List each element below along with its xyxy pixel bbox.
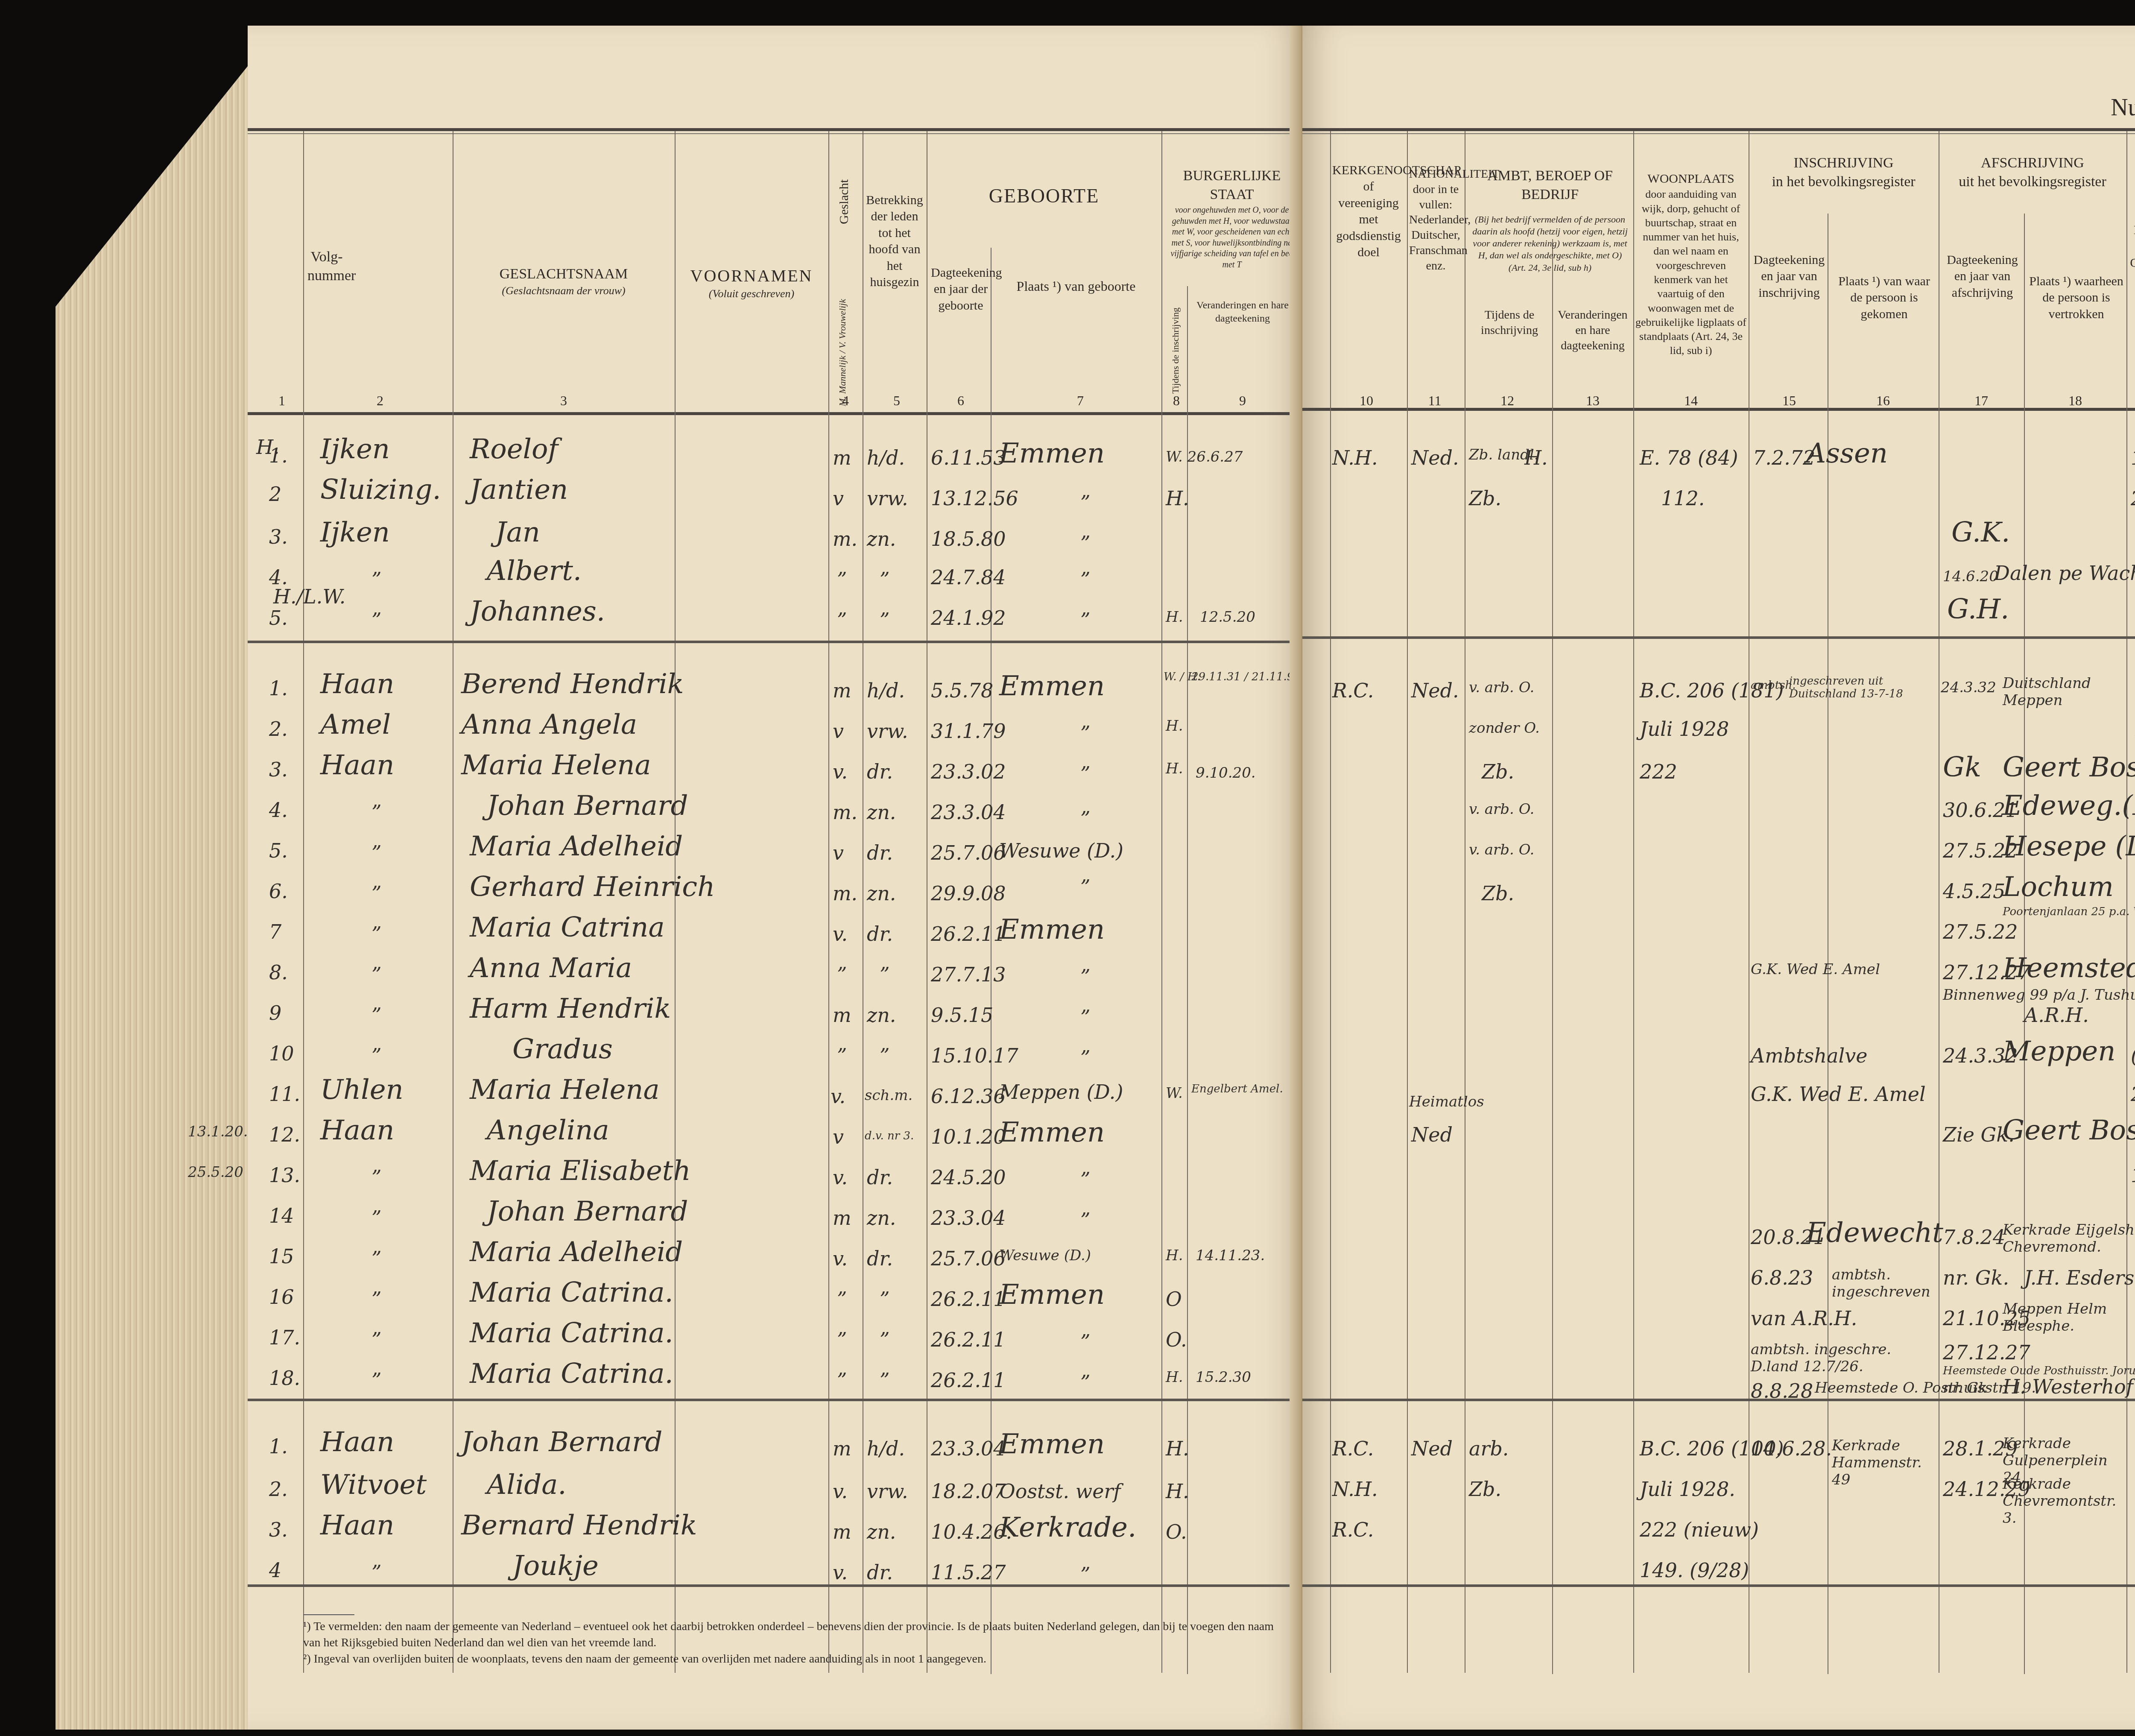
birth-date: 18.5.80 (931, 527, 1006, 550)
civil-status: O. (1166, 1520, 1187, 1543)
birth-place: ” (1080, 875, 1091, 899)
footnote-2: ²) Ingeval van overlijden buiten de woon… (303, 1651, 1285, 1667)
occupation: v. arb. O. (1469, 841, 1534, 858)
sex: m (833, 1004, 851, 1027)
inschrijving-date: 6.8.23 (1751, 1266, 1813, 1289)
given-name: Maria Catrina. (470, 1277, 673, 1309)
surname: Sluizing. (320, 474, 441, 506)
col-10-title: KERKGENOOTSCHAP of vereeniging met godsd… (1332, 162, 1405, 261)
sex: m. (833, 801, 857, 824)
relation: zn. (867, 1004, 896, 1027)
nr: 5. (269, 606, 288, 629)
sex: ” (837, 1369, 847, 1392)
birth-place: ” (1080, 1330, 1091, 1353)
afschrijving-to: Hesepe (D.) (2003, 831, 2135, 862)
birth-date: 26.2.11 (931, 922, 1006, 946)
given-name: Johan Bernard (487, 1196, 688, 1227)
birth-date: 23.3.02 (931, 760, 1006, 783)
afschrijving-to: H. Westerhof (2003, 1375, 2133, 1398)
sex: v. (833, 1247, 848, 1270)
footnote-1: ¹) Te vermelden: den naam der gemeente v… (303, 1619, 1285, 1651)
civil-status: H. (1166, 1369, 1183, 1386)
religion: R.C. (1332, 1518, 1374, 1541)
col-num: 4 (833, 393, 858, 409)
afschrijving-to: Heemstede (2003, 952, 2135, 984)
sex: v. (833, 760, 848, 783)
relation: dr. (867, 922, 893, 946)
given-name: Jan (495, 517, 540, 548)
relation: zn. (867, 882, 896, 905)
col-8-header: Tijdens de inschrijving (1170, 307, 1181, 394)
civil-status: O (1166, 1288, 1182, 1311)
surname: ” (371, 568, 382, 591)
sex: m (833, 446, 851, 469)
sex: v. (833, 1166, 848, 1189)
nr: 1. (269, 1435, 288, 1458)
col-line (1407, 131, 1408, 1673)
nr: 14 (269, 1204, 294, 1227)
birth-date: 26.2.11 (931, 1288, 1006, 1311)
civil-status: H. (1166, 1437, 1189, 1460)
death-date: 19.7.27 (2131, 446, 2135, 469)
surname: Haan (320, 1115, 394, 1146)
relation: vrw. (867, 720, 908, 743)
footnote-rule (303, 1614, 354, 1615)
birth-place: Emmen (999, 1429, 1105, 1460)
surname: Uhlen (320, 1074, 404, 1106)
nr: 16 (269, 1285, 294, 1309)
afschrijving-to: Duitschland Meppen (2003, 675, 2122, 709)
nr: 3. (269, 1518, 288, 1541)
birth-place: ” (1080, 1371, 1091, 1394)
birth-date: 26.2.11 (931, 1328, 1006, 1351)
inschrijving-sub: in het bevolkingsregister (1751, 173, 1936, 191)
civil-change: 14.11.23. (1196, 1247, 1265, 1264)
col-17-header: Dagteekening en jaar van afschrijving (1943, 252, 2022, 301)
surname: ” (371, 801, 382, 824)
col-num: 11 (1422, 393, 1448, 409)
nr: 2. (269, 1478, 288, 1501)
civil-status: H. (1166, 717, 1183, 735)
col-num: 15 (1776, 393, 1802, 409)
nr: 9 (269, 1001, 281, 1025)
civil-status: W. 26.6.27 (1166, 448, 1243, 465)
sex: v (833, 841, 844, 864)
given-name: Anna Angela (461, 709, 637, 741)
given-name: Maria Catrina (470, 912, 665, 943)
birth-place: Emmen (999, 1279, 1105, 1311)
sex: m. (833, 527, 857, 550)
col-line (453, 131, 453, 1673)
sex: v. (833, 1480, 848, 1503)
relation: ” (880, 1044, 890, 1067)
relation: vrw. (867, 487, 908, 510)
civil-status: H. (1166, 487, 1189, 510)
relation: dr. (867, 1166, 893, 1189)
surname: Haan (320, 668, 394, 700)
sex: ” (837, 609, 847, 632)
given-name: Maria Elisabeth (470, 1155, 691, 1187)
birth-place: ” (1080, 807, 1091, 830)
nr: 17. (269, 1326, 300, 1349)
burgerlijke-staat-note: voor ongehuwden met O, voor de gehuwden … (1166, 205, 1298, 271)
col-6-header: Dagteekening en jaar der geboorte (931, 265, 991, 314)
afschrijving-date: nr. Gk. (1943, 1266, 2009, 1289)
relation: dr. (867, 1561, 893, 1584)
birth-date: 6.11.53 (931, 446, 1006, 469)
sex: v (833, 487, 844, 510)
birth-place: ” (1080, 1006, 1091, 1029)
inschrijving-date: 14.6.28. (1751, 1437, 1832, 1460)
relation: vrw. (867, 1480, 908, 1503)
surname: ” (371, 1561, 382, 1584)
given-name: Johan Bernard (461, 1426, 663, 1458)
given-name: Gradus (512, 1033, 613, 1065)
nr: 13. (269, 1164, 300, 1187)
sex: m (833, 1206, 851, 1230)
surname: Ijken (320, 433, 390, 465)
inschrijving-date: ambtsh. ingeschre. D.land 12.7/26. (1751, 1341, 1934, 1375)
col-10-header: KERKGENOOTSCHAP of vereeniging met godsd… (1332, 162, 1405, 261)
inschrijving-date: G.K. Wed E. Amel (1751, 1083, 1926, 1106)
sex: ” (837, 568, 847, 591)
col-15-header: Dagteekening en jaar van inschrijving (1753, 252, 1825, 301)
residence: Juli 1928 (1640, 717, 1729, 741)
given-name: Bernard Hendrik (461, 1510, 697, 1541)
col-num: 7 (1067, 393, 1093, 409)
afschrijving-date: 7.8.24 (1943, 1226, 2005, 1249)
col-11-header: NATIONALITEIT door in te vullen: Nederla… (1409, 167, 1462, 274)
birth-date: 11.5.27 (931, 1561, 1006, 1584)
birth-place: ” (1080, 1046, 1091, 1069)
given-name: Joukje (512, 1550, 599, 1582)
book-page-edges-left (56, 56, 256, 1730)
surname: Haan (320, 749, 394, 781)
afschrijving-to: Poortenjanlaan 25 p.a. Wed Holtman / Hes… (2003, 905, 2135, 918)
relation: ” (880, 568, 890, 591)
nr: 7 (269, 920, 281, 943)
surname: ” (371, 963, 382, 986)
sex: v. (833, 922, 848, 946)
civil-change: 9.10.20. (1196, 764, 1256, 782)
surname: ” (371, 609, 382, 632)
occupation: v. arb. O. (1469, 801, 1534, 818)
afschrijving-sub: uit het bevolkingsregister (1941, 173, 2124, 191)
inschrijving-from: ingeschreven uit Duitschland 13-7-18 (1789, 675, 1917, 700)
nr: 6. (269, 880, 288, 903)
sex: ” (837, 1044, 847, 1067)
col-num: 9 (1230, 393, 1255, 409)
birth-place: ” (1080, 609, 1091, 632)
afschrijving-date: Gk (1943, 752, 1981, 783)
given-name: Harm Hendrik (470, 993, 671, 1025)
afschrijving-to: Dalen pe Wachtum (1994, 562, 2135, 585)
afschrijving-to: Kerkrade Eijgelshoverweg 40 p/a P. Bosch… (2003, 1221, 2135, 1256)
sex: m (833, 1437, 851, 1460)
given-name: Johan Bernard (487, 790, 688, 822)
col-9-header: Veranderingen en hare dagteekening (1189, 299, 1296, 325)
col-14-header: WOONPLAATS door aanduiding van wijk, dor… (1635, 171, 1746, 358)
surname: ” (371, 1044, 382, 1067)
relation: d.v. nr 3. (865, 1130, 914, 1142)
surname: ” (371, 1369, 382, 1392)
col-12-header: Tijdens de inschrijving (1469, 307, 1550, 338)
afschrijving-to: A.R.H. (2024, 1004, 2089, 1027)
household-divider (1302, 1399, 2135, 1401)
birth-place: Emmen (999, 1117, 1105, 1148)
birth-date: 18.2.07 (931, 1480, 1006, 1503)
surname: ” (371, 841, 382, 864)
occupation: Zb. (1482, 882, 1514, 905)
nr: 4. (269, 799, 288, 822)
col-3-sub: (Voluit geschreven) (679, 287, 824, 301)
sex: ” (837, 1288, 847, 1311)
surname: Haan (320, 1510, 394, 1541)
surname: Haan (320, 1426, 394, 1458)
nr: 1. (269, 444, 288, 467)
col-line (1465, 131, 1465, 1673)
margin-note: 13.1.20. (188, 1123, 248, 1140)
given-name: Jantien (470, 474, 568, 506)
relation: zn. (867, 801, 896, 824)
col-line (863, 131, 863, 1673)
given-name: Gerhard Heinrich (470, 871, 715, 903)
residence: E. 78 (84) (1640, 446, 1738, 469)
relation: sch.m. (865, 1087, 912, 1104)
given-name: Maria Adelheid (470, 1236, 683, 1268)
surname: ” (371, 1247, 382, 1270)
given-name: Alida. (487, 1469, 567, 1501)
col-4-sub: M. Mannelijk / V. Vrouwelijk (837, 299, 848, 406)
col-1-header: Volg-nummer (307, 248, 346, 285)
given-name: Anna Maria (470, 952, 632, 984)
nr: 3. (269, 525, 288, 548)
relation: h/d. (867, 679, 905, 702)
birth-date: 26.2.11 (931, 1369, 1006, 1392)
household-divider (248, 1584, 1302, 1587)
afschrijving-date: Binnenweg 99 p/a J. Tushuizen / naar (1943, 987, 2135, 1004)
birth-place: ” (1080, 762, 1091, 785)
nr: 8. (269, 961, 288, 984)
col-2-header: GESLACHTSNAAM (Geslachtsnaam der vrouw) (457, 265, 670, 298)
col-19-header: Dagteekening en jaar van OVERLIJDEN ²) (2129, 222, 2135, 288)
birth-place: ” (1080, 965, 1091, 988)
afschrijving-date: 4.5.25 (1943, 880, 2005, 903)
inschrijving-title: INSCHRIJVING (1751, 154, 1936, 173)
nr: 4 (269, 1559, 281, 1582)
sex: m. (833, 882, 857, 905)
col-num: 5 (884, 393, 910, 409)
birth-date: 15.10.17 (931, 1044, 1018, 1067)
death-date: 15.7.20 (2131, 1164, 2135, 1187)
surname: ” (371, 1166, 382, 1189)
col-num: 18 (2062, 393, 2088, 409)
civil-status: W. (1166, 1085, 1183, 1102)
birth-place: Oostst. werf (999, 1480, 1120, 1503)
col-14-sub: door aanduiding van wijk, dorp, gehucht … (1635, 187, 1746, 357)
birth-date: 25.7.06 (931, 1247, 1006, 1270)
ambt-group-header: AMBT, BEROEP OF BEDRIJF (1469, 167, 1631, 204)
birth-place: ” (1080, 568, 1091, 591)
sex: v. (833, 1561, 848, 1584)
col-line (1633, 131, 1634, 1673)
col-4-header: Geslacht (837, 179, 851, 224)
afschrijving-date: 14.6.20 (1943, 568, 1998, 585)
birth-date: 5.5.78 (931, 679, 993, 702)
residence: 222 (nieuw) (1640, 1518, 1759, 1541)
col-num: 3 (551, 393, 576, 409)
religion: R.C. (1332, 679, 1374, 702)
afschrijving-date: 27.12.27 (1943, 1341, 2030, 1364)
col-line (927, 131, 927, 1673)
religion: N.H. (1332, 1478, 1378, 1501)
residence: 222 (1640, 760, 1677, 783)
nr: 5. (269, 839, 288, 862)
geboorte-group-header: GEBOORTE (931, 184, 1157, 209)
birth-place: ” (1080, 1168, 1091, 1191)
occupation: Zb. (1482, 760, 1514, 783)
col-num: 2 (367, 393, 393, 409)
relation: zn. (867, 1206, 896, 1230)
given-name: Maria Catrina. (470, 1317, 673, 1349)
nr: 4. (269, 566, 288, 589)
register-left-page: Volg-nummer GESLACHTSNAAM (Geslachtsnaam… (248, 26, 1302, 1730)
given-name: Maria Catrina. (470, 1358, 673, 1390)
col-num: 13 (1580, 393, 1606, 409)
sheet-number-label: Nummer van het blad (2111, 94, 2135, 121)
birth-place: Wesuwe (D.) (999, 1247, 1091, 1264)
nr: 10 (269, 1042, 294, 1065)
inschrijving-from: Kerkrade Hammenstr. 49 (1832, 1437, 1939, 1488)
given-name: Maria Adelheid (470, 831, 683, 862)
civil-status: H. (1166, 609, 1183, 626)
col-num: 6 (948, 393, 974, 409)
birth-place: Emmen (999, 438, 1105, 469)
sex: v. (831, 1085, 845, 1108)
birth-place: Emmen (999, 670, 1105, 702)
given-name: Berend Hendrik (461, 668, 684, 700)
nationality: Heimatlos (1409, 1093, 1460, 1110)
occupation: zonder O. (1469, 720, 1540, 737)
birth-date: 23.3.04 (931, 801, 1006, 824)
nationality: Ned. (1411, 679, 1459, 702)
col-18-header: Plaats ¹) waarheen de persoon is vertrok… (2028, 273, 2124, 322)
given-name: Maria Helena (461, 749, 651, 781)
surname: ” (371, 1206, 382, 1230)
death-date: 28.3.26 (2131, 1083, 2135, 1106)
nr: 3. (269, 758, 288, 781)
household-divider (248, 1399, 1302, 1401)
birth-date: 23.3.04 (931, 1437, 1006, 1460)
afschrijving-to: Lochum (2003, 871, 2114, 903)
header-bottom-rule (248, 412, 1302, 415)
surname: ” (371, 1004, 382, 1027)
surname: Amel (320, 709, 391, 741)
col-5-header: Betrekking der leden tot het hoofd van h… (865, 192, 924, 290)
relation: zn. (867, 1520, 896, 1543)
religion: N.H. (1332, 446, 1378, 469)
afschrijving-group-header: AFSCHRIJVING uit het bevolkingsregister (1941, 154, 2124, 191)
col-num: 8 (1164, 393, 1189, 409)
sex: m (833, 679, 851, 702)
relation: ” (880, 609, 890, 632)
afschrijving-to: Edeweg.(D.) (2003, 790, 2135, 822)
col-14-title: WOONPLAATS (1635, 171, 1746, 187)
nr: 18. (269, 1367, 300, 1390)
sex: v (833, 1125, 844, 1148)
birth-place: Kerkrade. (999, 1512, 1136, 1543)
inschrijving-group-header: INSCHRIJVING in het bevolkingsregister (1751, 154, 1936, 191)
birth-place: ” (1080, 491, 1091, 514)
relation: ” (880, 1369, 890, 1392)
residence: Juli 1928. (1640, 1478, 1735, 1501)
relation: ” (880, 1328, 890, 1351)
inschrijving-date: 8.8.28 (1751, 1379, 1813, 1402)
nr: 1. (269, 677, 288, 700)
nr: 2. (269, 717, 288, 741)
col-13-header: Veranderingen en hare dagteekening (1554, 307, 1631, 353)
inschrijving-from: ambtsh. ingeschreven (1832, 1266, 1939, 1300)
header-top-rule (248, 128, 1302, 131)
nr: 12. (269, 1123, 300, 1146)
surname: Witvoet (320, 1469, 427, 1501)
civil-change: 12.5.20 (1200, 609, 1255, 626)
relation: ” (880, 963, 890, 986)
sex: m (833, 1520, 851, 1543)
birth-place: ” (1080, 1209, 1091, 1232)
given-name: Albert. (487, 555, 582, 587)
surname: ” (371, 922, 382, 946)
col-num: 12 (1494, 393, 1520, 409)
relation: zn. (867, 527, 896, 550)
birth-place: Emmen (999, 914, 1105, 946)
occupation: Zb. (1469, 487, 1501, 510)
relation: dr. (867, 1247, 893, 1270)
birth-date: 10.1.20 (931, 1125, 1006, 1148)
birth-place: ” (1080, 1563, 1091, 1586)
margin-note: 25.5.20 (188, 1164, 243, 1181)
birth-date: 29.9.08 (931, 882, 1006, 905)
relation: h/d. (867, 446, 905, 469)
civil-change: 29.11.31 / 21.11.99 (1191, 670, 1301, 683)
register-right-page: Nummer van het blad KERKGENOOTSCHAP of v… (1302, 26, 2135, 1730)
religion: R.C. (1332, 1437, 1374, 1460)
death-date: (D.R.) (2131, 1044, 2135, 1067)
birth-date: 23.3.04 (931, 1206, 1006, 1230)
surname: ” (371, 1288, 382, 1311)
birth-date: 27.7.13 (931, 963, 1006, 986)
col-3-header: VOORNAMEN (Voluit geschreven) (679, 265, 824, 301)
afschrijving-to: Meppen Helm Bleesphe. (2003, 1300, 2131, 1335)
birth-date: 13.12.56 (931, 487, 1018, 510)
nr: 15 (269, 1245, 294, 1268)
col-num: 16 (1870, 393, 1896, 409)
surname: ” (371, 882, 382, 905)
household-divider (1302, 1584, 2135, 1587)
col-7-header: Plaats ¹) van geboorte (995, 278, 1157, 295)
nationality: Ned (1411, 1123, 1453, 1146)
col-line (1939, 131, 1939, 1673)
col-2-sub: (Geslachtsnaam der vrouw) (457, 284, 670, 298)
header-top-rule (1302, 128, 2135, 131)
birth-date: 9.5.15 (931, 1004, 993, 1027)
civil-status: H. (1166, 1480, 1189, 1503)
col-num: 14 (1678, 393, 1704, 409)
col-num: 10 (1354, 393, 1379, 409)
col-16-header: Plaats ¹) van waar de persoon is gekomen (1832, 273, 1936, 322)
nr: 2 (269, 483, 281, 506)
relation: ” (880, 1288, 890, 1311)
